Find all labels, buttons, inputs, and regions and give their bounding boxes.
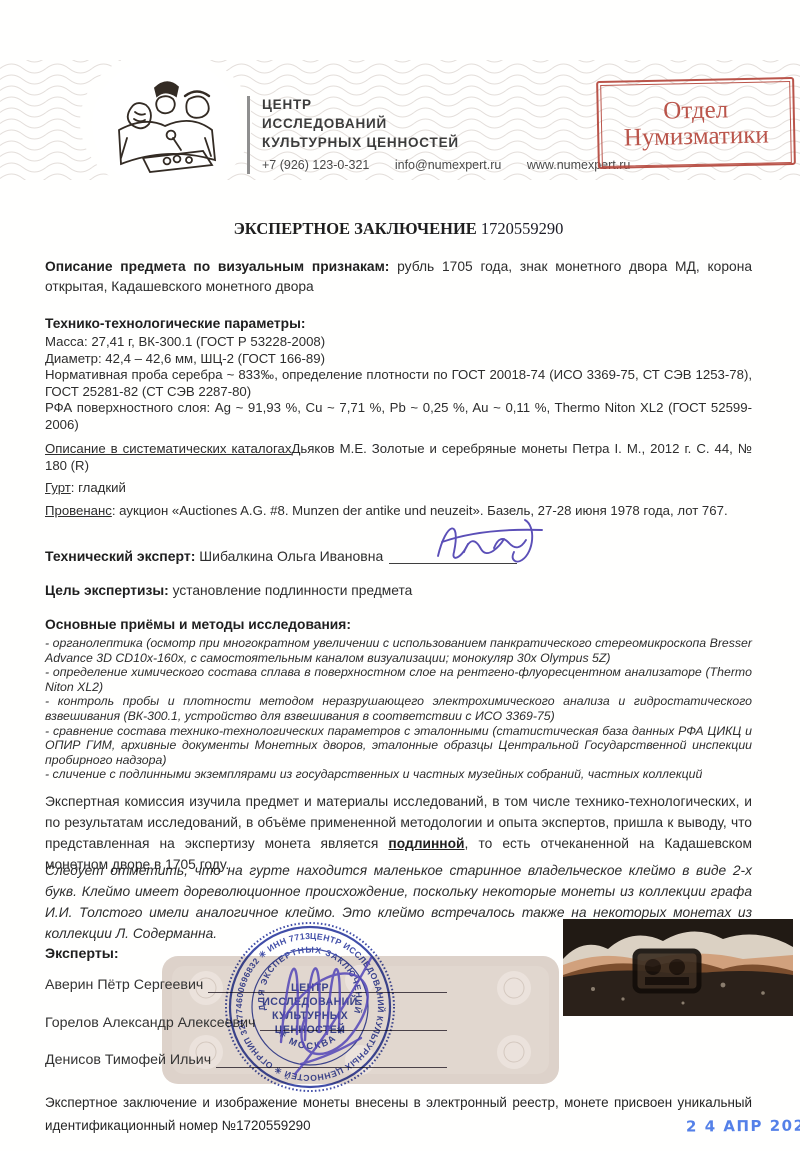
expert-name: Денисов Тимофей Ильич	[45, 1052, 211, 1068]
catalog-reference: Описание в систематических каталогахДьяк…	[45, 440, 752, 474]
catalog-label: Описание в систематических каталогах	[45, 441, 291, 456]
phone-number: +7 (926) 123-0-321	[262, 158, 369, 172]
org-name: ЦЕНТР ИССЛЕДОВАНИЙ КУЛЬТУРНЫХ ЦЕННОСТЕЙ	[262, 95, 459, 152]
department-stamp-line1: Отдел	[663, 97, 728, 125]
title-label: ЭКСПЕРТНОЕ ЗАКЛЮЧЕНИЕ	[234, 219, 477, 238]
expert-name: Аверин Пётр Сергеевич	[45, 977, 203, 993]
org-name-line3: КУЛЬТУРНЫХ ЦЕННОСТЕЙ	[262, 133, 459, 152]
tech-param-diameter: Диаметр: 42,4 – 42,6 мм, ШЦ-2 (ГОСТ 166-…	[45, 351, 752, 368]
provenance-line: Провенанс: аукцион «Auctiones A.G. #8. M…	[45, 502, 752, 519]
method-item: - контроль пробы и плотности методом нер…	[45, 694, 752, 723]
contact-row: +7 (926) 123-0-321 info@numexpert.ru www…	[262, 158, 652, 172]
edge-label: Гурт	[45, 480, 71, 495]
methods-heading: Основные приёмы и методы исследования:	[45, 615, 752, 634]
department-stamp-line2: Нумизматики	[624, 122, 769, 151]
technical-expert-name: Шибалкина Ольга Ивановна	[195, 548, 383, 564]
conclusion-verdict: подлинной	[388, 836, 464, 851]
method-item: - органолептика (осмотр при многократном…	[45, 636, 752, 665]
methods-section: Основные приёмы и методы исследования: -…	[45, 615, 752, 782]
department-stamp-frame: Отдел Нумизматики	[600, 81, 792, 167]
tech-param-assay: Нормативная проба серебра ~ 833‰, опреде…	[45, 367, 752, 400]
technical-expert-label: Технический эксперт:	[45, 548, 195, 564]
org-logo	[92, 58, 240, 190]
method-item: - определение химического состава сплава…	[45, 665, 752, 694]
description-paragraph: Описание предмета по визуальным признака…	[45, 257, 752, 297]
email-address: info@numexpert.ru	[395, 158, 502, 172]
org-name-line2: ИССЛЕДОВАНИЙ	[262, 114, 459, 133]
purpose-label: Цель экспертизы:	[45, 583, 169, 598]
purpose-text: установление подлинности предмета	[169, 583, 413, 598]
technical-expert-signature	[428, 512, 553, 570]
expert-signature-overlay	[243, 922, 418, 1087]
tech-params-section: Технико-технологические параметры: Масса…	[45, 314, 752, 434]
tech-params-heading: Технико-технологические параметры:	[45, 314, 752, 334]
expert-conclusion-document: ЦЕНТР ИССЛЕДОВАНИЙ КУЛЬТУРНЫХ ЦЕННОСТЕЙ …	[0, 0, 800, 1151]
description-label: Описание предмета по визуальным признака…	[45, 259, 389, 274]
org-logo-illustration	[105, 68, 227, 180]
technical-expert-row: Технический эксперт: Шибалкина Ольга Ива…	[45, 548, 752, 564]
tech-param-xrf: РФА поверхностного слоя: Ag ~ 91,93 %, C…	[45, 400, 752, 433]
edge-text: : гладкий	[71, 480, 126, 495]
method-item: - сравнение состава технико-технологичес…	[45, 724, 752, 768]
page-title: ЭКСПЕРТНОЕ ЗАКЛЮЧЕНИЕ 1720559290	[45, 219, 752, 239]
edge-line: Гурт: гладкий	[45, 480, 752, 495]
org-name-line1: ЦЕНТР	[262, 95, 459, 114]
method-item: - сличение с подлинными экземплярами из …	[45, 767, 752, 782]
department-stamp: Отдел Нумизматики	[596, 77, 796, 169]
tech-param-mass: Масса: 27,41 г, ВК-300.1 (ГОСТ Р 53228-2…	[45, 334, 752, 351]
date-stamp: 2 4 АПР 2026	[686, 1117, 800, 1136]
footer-registry-note: Экспертное заключение и изображение моне…	[45, 1091, 752, 1137]
header-divider	[247, 96, 250, 174]
coin-edge-photo	[563, 919, 793, 1016]
purpose-line: Цель экспертизы: установление подлинност…	[45, 583, 752, 598]
provenance-label: Провенанс	[45, 503, 112, 518]
provenance-text: : аукцион «Auctiones A.G. #8. Munzen der…	[112, 503, 728, 518]
title-number: 1720559290	[481, 219, 564, 238]
